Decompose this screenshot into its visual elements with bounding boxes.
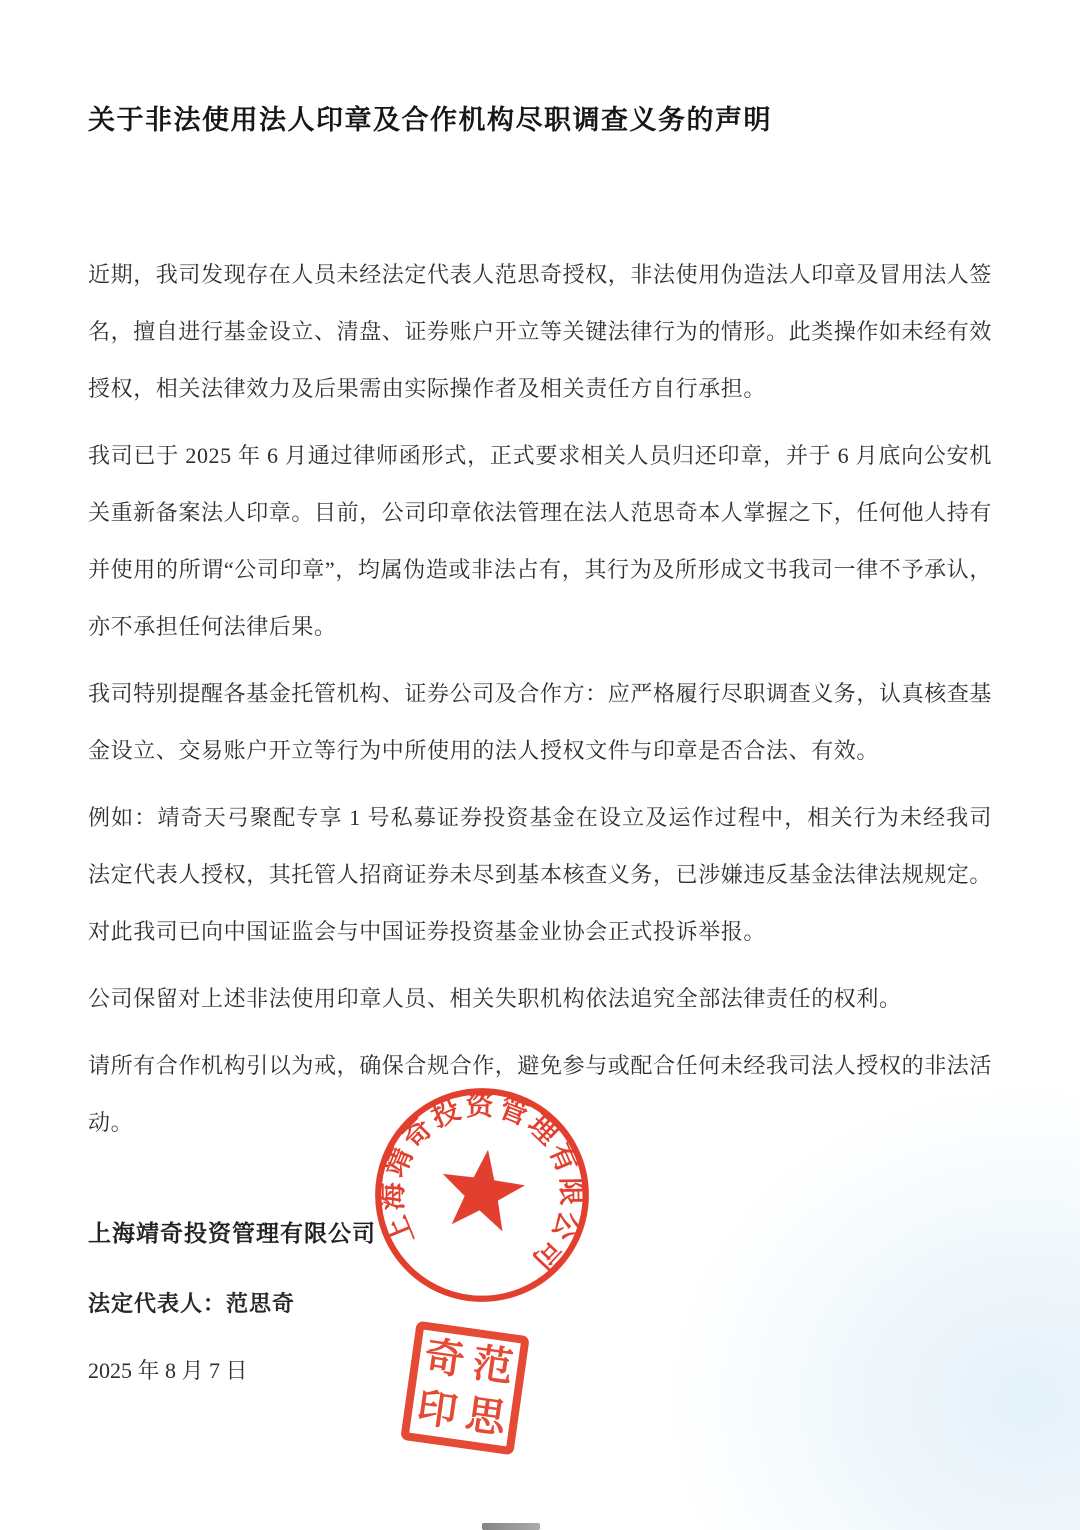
body-paragraph-1: 近期，我司发现存在人员未经法定代表人范思奇授权，非法使用伪造法人印章及冒用法人签… [88, 246, 992, 417]
personal-seal: 奇 范 印 思 [400, 1321, 530, 1456]
personal-seal-char: 范 [470, 1343, 515, 1388]
body-paragraph-3: 我司特别提醒各基金托管机构、证券公司及合作方：应严格履行尽职调查义务，认真核查基… [88, 665, 992, 779]
company-seal: 上海靖奇投资管理有限公司 [372, 1085, 592, 1305]
document-page: 关于非法使用法人印章及合作机构尽职调查义务的声明 近期，我司发现存在人员未经法定… [0, 0, 1080, 1530]
personal-seal-char: 思 [463, 1395, 508, 1440]
body-paragraph-2: 我司已于 2025 年 6 月通过律师函形式，正式要求相关人员归还印章，并于 6… [88, 427, 992, 655]
signature-date: 2025 年 8 月 7 日 [88, 1351, 992, 1391]
personal-seal-char: 印 [415, 1388, 460, 1433]
table-edge-mark [482, 1523, 540, 1530]
body-paragraph-4: 例如：靖奇天弓聚配专享 1 号私募证券投资基金在设立及运作过程中，相关行为未经我… [88, 789, 992, 960]
body-paragraph-5: 公司保留对上述非法使用印章人员、相关失职机构依法追究全部法律责任的权利。 [88, 970, 992, 1027]
star-icon [443, 1150, 525, 1232]
document-title: 关于非法使用法人印章及合作机构尽职调查义务的声明 [88, 100, 992, 140]
personal-seal-char: 奇 [422, 1336, 467, 1381]
